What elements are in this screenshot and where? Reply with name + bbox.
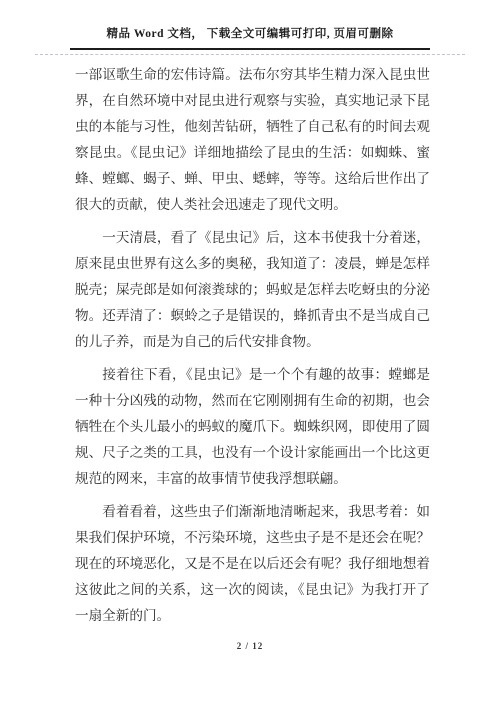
document-body: 一部讴歌生命的宏伟诗篇。法布尔穷其毕生精力深入昆虫世界，在自然环境中对昆虫进行观… (75, 62, 430, 629)
page-header: 精品 Word 文档， 下载全文可编辑可打印, 页眉可删除 (35, 0, 465, 55)
paragraph-2: 一天清晨，看了《昆虫记》后，这本书使我十分着迷，原来昆虫世界有这么多的奥秘，我知… (75, 225, 430, 355)
document-page: 精品 Word 文档， 下载全文可编辑可打印, 页眉可删除 一部讴歌生命的宏伟诗… (0, 0, 500, 707)
paragraph-3: 接着往下看，《昆虫记》是一个个有趣的故事：螳螂是一种十分凶残的动物，然而在它刚刚… (75, 362, 430, 492)
header-dashed-rule (35, 54, 465, 55)
paragraph-4: 看着看着，这些虫子们渐渐地清晰起来，我思考着：如果我们保护环境，不污染环境，这些… (75, 499, 430, 629)
header-tagline: 精品 Word 文档， 下载全文可编辑可打印, 页眉可删除 (70, 27, 430, 50)
paragraph-1: 一部讴歌生命的宏伟诗篇。法布尔穷其毕生精力深入昆虫世界，在自然环境中对昆虫进行观… (75, 62, 430, 218)
page-number: 2 / 12 (0, 641, 500, 651)
